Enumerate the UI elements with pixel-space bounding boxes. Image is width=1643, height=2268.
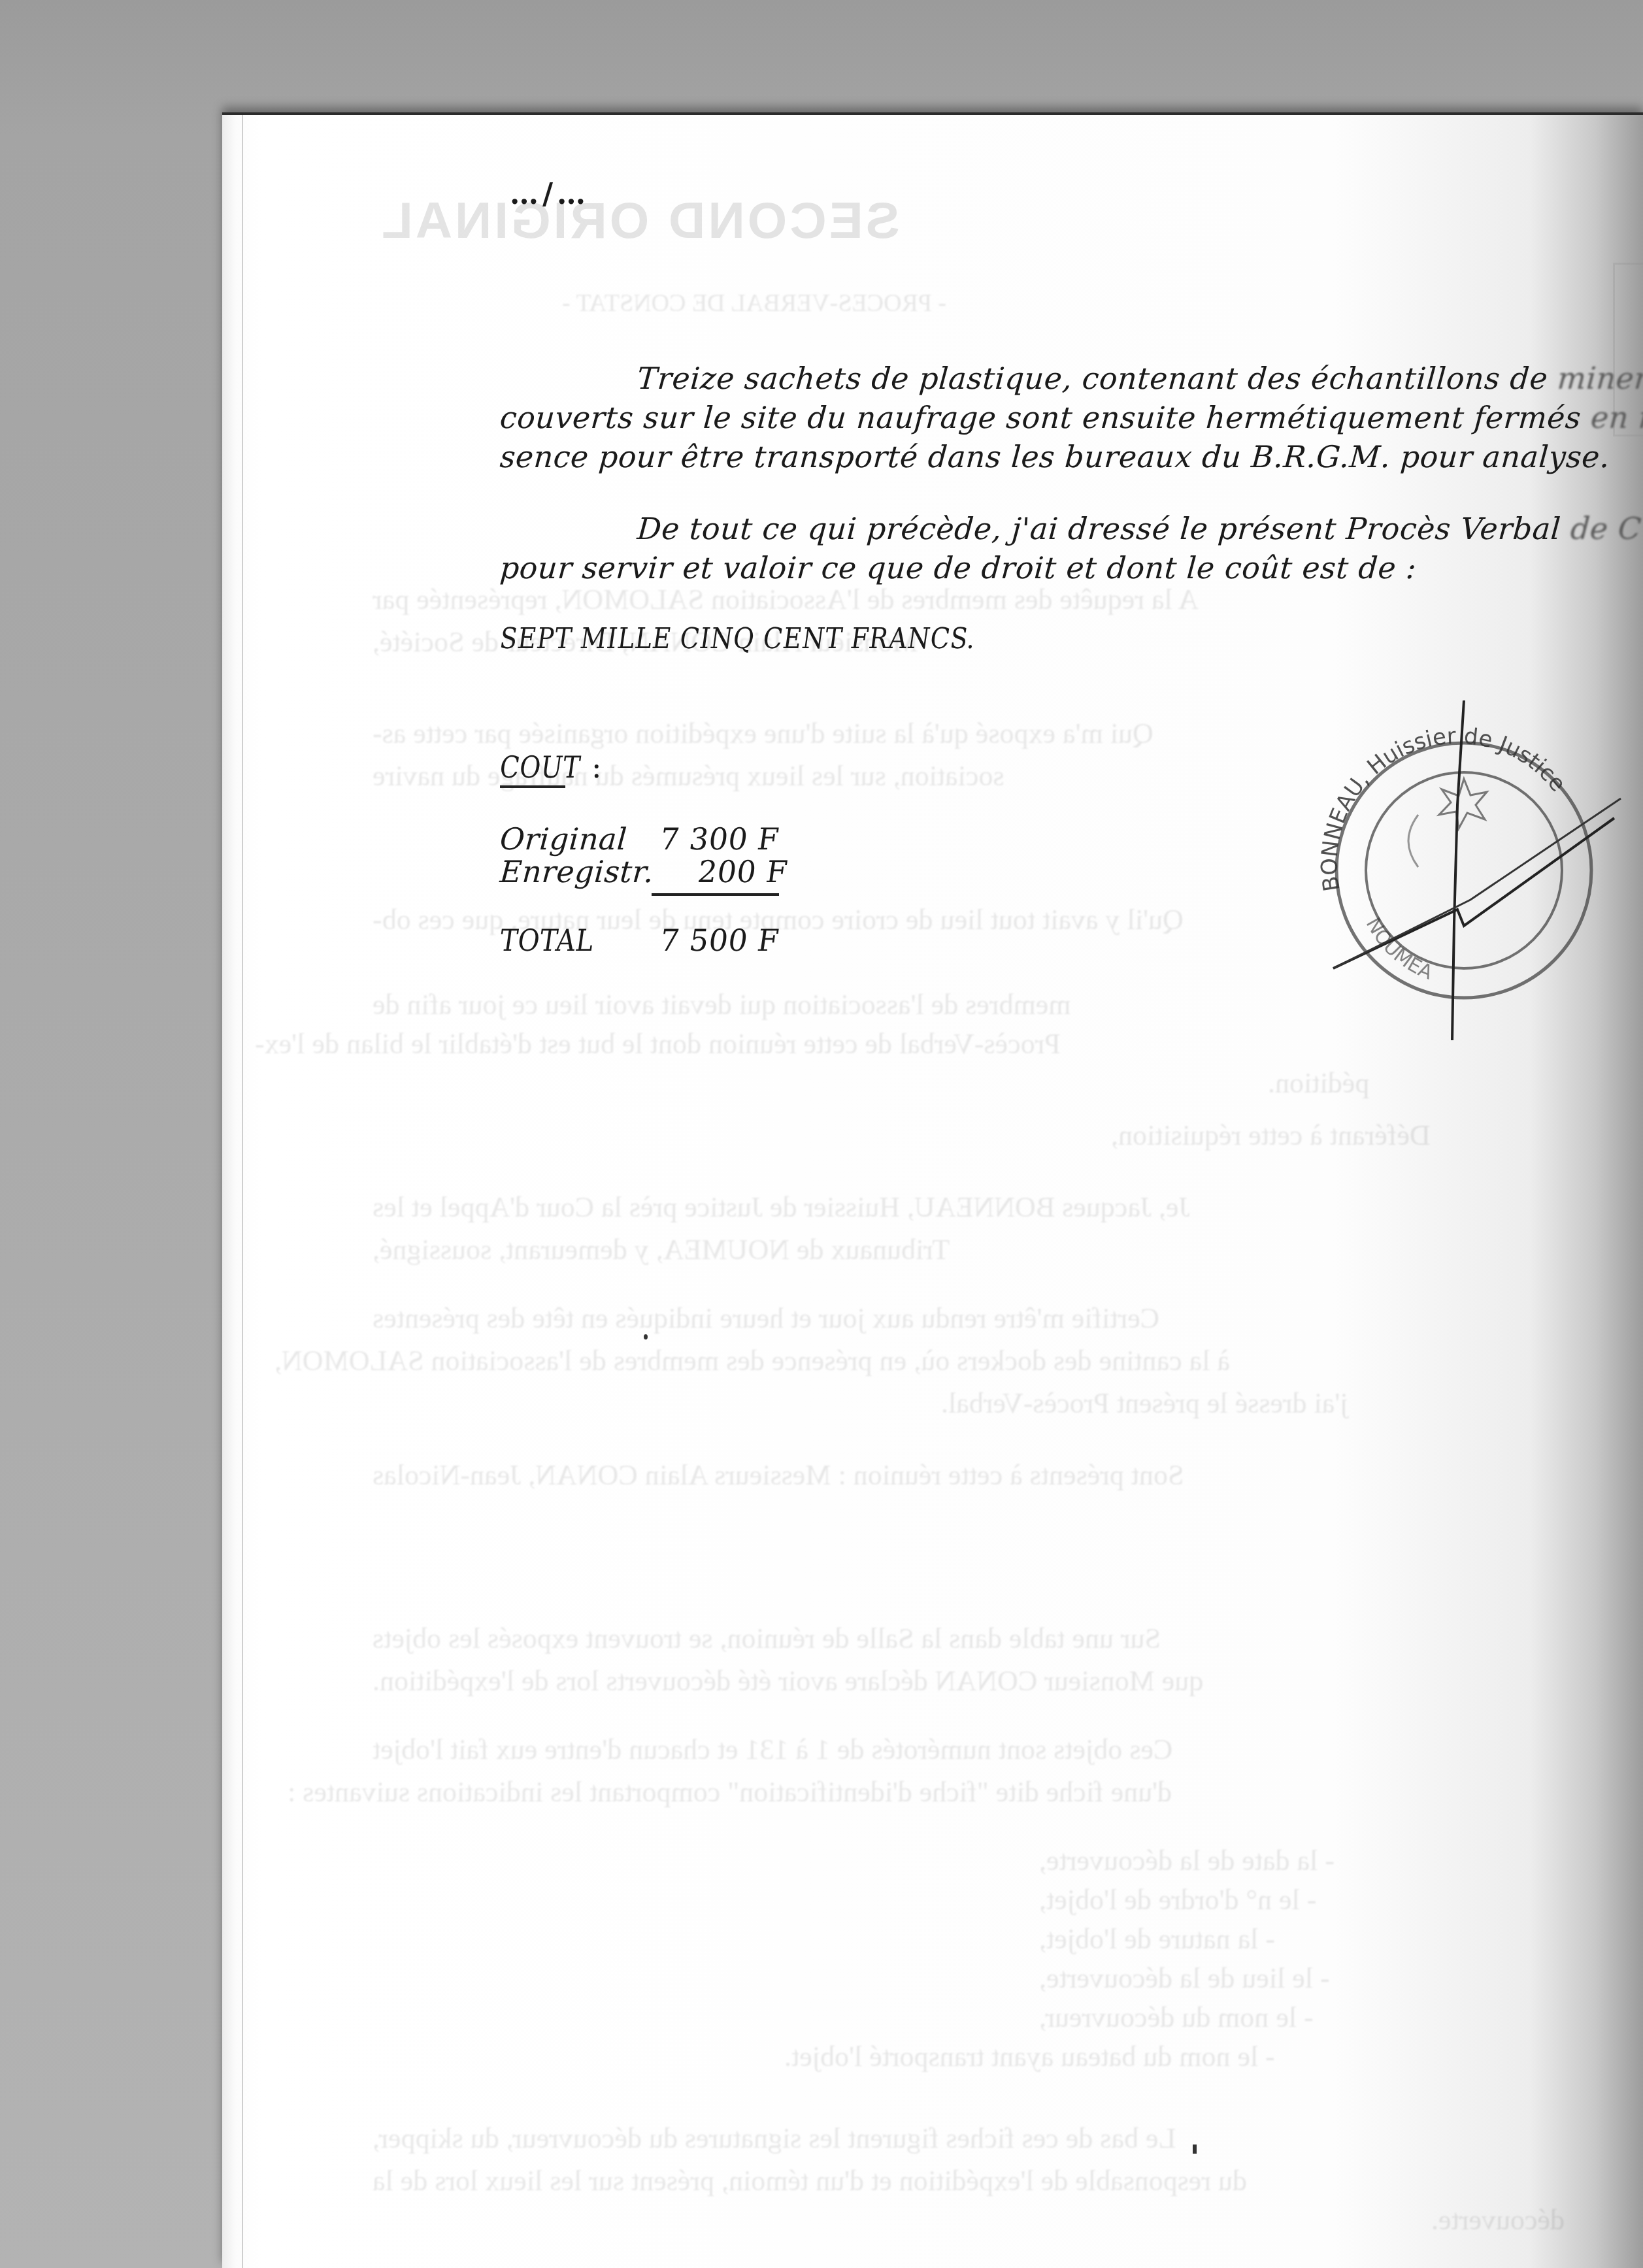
show-through-line: Je, Jacques BONNEAU, Huissier de Justice… <box>373 1191 1190 1224</box>
subtotal-underline <box>652 893 779 896</box>
cost-row-value: 200 F <box>695 854 789 889</box>
show-through-line: j'ai dressé le présent Procès-Verbal. <box>941 1387 1348 1420</box>
paragraph-line: De tout ce qui précède, j'ai dressé le p… <box>636 511 1642 546</box>
show-through-line: - le nom du découvreur, <box>1039 2001 1314 2034</box>
show-through-line: pédition. <box>1268 1066 1369 1100</box>
cost-row-label: Original <box>499 821 628 857</box>
paragraph-line: couverts sur le site du naufrage sont en… <box>499 400 1643 435</box>
cost-heading: COUT <box>497 749 582 785</box>
stamp-text-top: BONNEAU, Huissier de Justice <box>1316 723 1570 893</box>
svg-text:BONNEAU, Huissier de Justice: BONNEAU, Huissier de Justice <box>1316 723 1570 893</box>
continuation-mark: …/… <box>510 178 589 211</box>
show-through-line: - le n° d'ordre de l'objet, <box>1039 1883 1316 1916</box>
document-page: SECOND ORIGINAL - PROCES-VERBAL DE CONST… <box>222 112 1643 2268</box>
show-through-line: - la date de la découverte, <box>1039 1844 1335 1877</box>
show-through-line: Procès-Verbal de cette réunion dont le b… <box>255 1027 1061 1060</box>
show-through-line: - la nature de l'objet, <box>1039 1922 1275 1956</box>
paragraph-line: sence pour être transporté dans les bure… <box>499 439 1611 474</box>
ink-speck <box>1193 2145 1197 2154</box>
amount-in-words: SEPT MILLE CINQ CENT FRANCS. <box>497 622 978 655</box>
show-through-line: membres de l'association qui devait avoi… <box>373 988 1070 1021</box>
show-through-line: Ces objets sont numérotés de 1 à 131 et … <box>373 1733 1172 1766</box>
show-through-title: SECOND ORIGINAL <box>379 191 900 250</box>
show-through-line: Certifie m'être rendu aux jour et heure … <box>373 1302 1159 1335</box>
show-through-line: du responsable de l'expédition et d'un t… <box>373 2164 1247 2197</box>
show-through-line: Sont présents à cette réunion : Messieur… <box>373 1458 1184 1492</box>
show-through-line: découverte. <box>1431 2203 1565 2237</box>
total-value: 7 500 F <box>657 923 781 958</box>
show-through-line: Sur une table dans la Salle de réunion, … <box>373 1622 1161 1655</box>
cost-row-label: Enregistr. <box>499 854 655 889</box>
show-through-line: que Monsieur CONAN déclare avoir été déc… <box>373 1664 1203 1698</box>
show-through-line: Qui m'a exposé qu'à la suite d'une expéd… <box>373 717 1153 750</box>
show-through-line: Déférant à cette réquisition, <box>1111 1119 1431 1152</box>
show-through-line: - le lieu de la découverte, <box>1039 1962 1330 1995</box>
show-through-line: sociation, sur les lieux présumés du nau… <box>373 759 1004 793</box>
bailiff-stamp: BONNEAU, Huissier de Justice NOUMEA <box>1268 674 1634 1040</box>
show-through-line: A la requête des membres de l'Associatio… <box>373 583 1199 616</box>
show-through-line: Tribunaux de NOUMEA, y demeurant, soussi… <box>373 1233 950 1266</box>
show-through-line: - le nom du bateau ayant transporté l'ob… <box>784 2040 1275 2073</box>
cost-row-value: 7 300 F <box>657 821 781 857</box>
cost-heading-colon: : <box>591 749 602 785</box>
show-through-line: à la cantine des dockers où, en présence… <box>274 1344 1230 1377</box>
paragraph-line: Treize sachets de plastique, contenant d… <box>636 361 1643 396</box>
show-through-line: d'une fiche dite "fiche d'identification… <box>288 1775 1172 1809</box>
cost-heading-underline <box>500 785 565 788</box>
show-through-subtitle: - PROCES-VERBAL DE CONSTAT - <box>562 289 946 318</box>
paragraph-line: pour servir et valoir ce que de droit et… <box>499 550 1418 585</box>
show-through-line: Le bas de ces fiches figurent les signat… <box>373 2122 1176 2155</box>
total-label: TOTAL <box>497 923 596 958</box>
ink-speck <box>644 1334 648 1339</box>
